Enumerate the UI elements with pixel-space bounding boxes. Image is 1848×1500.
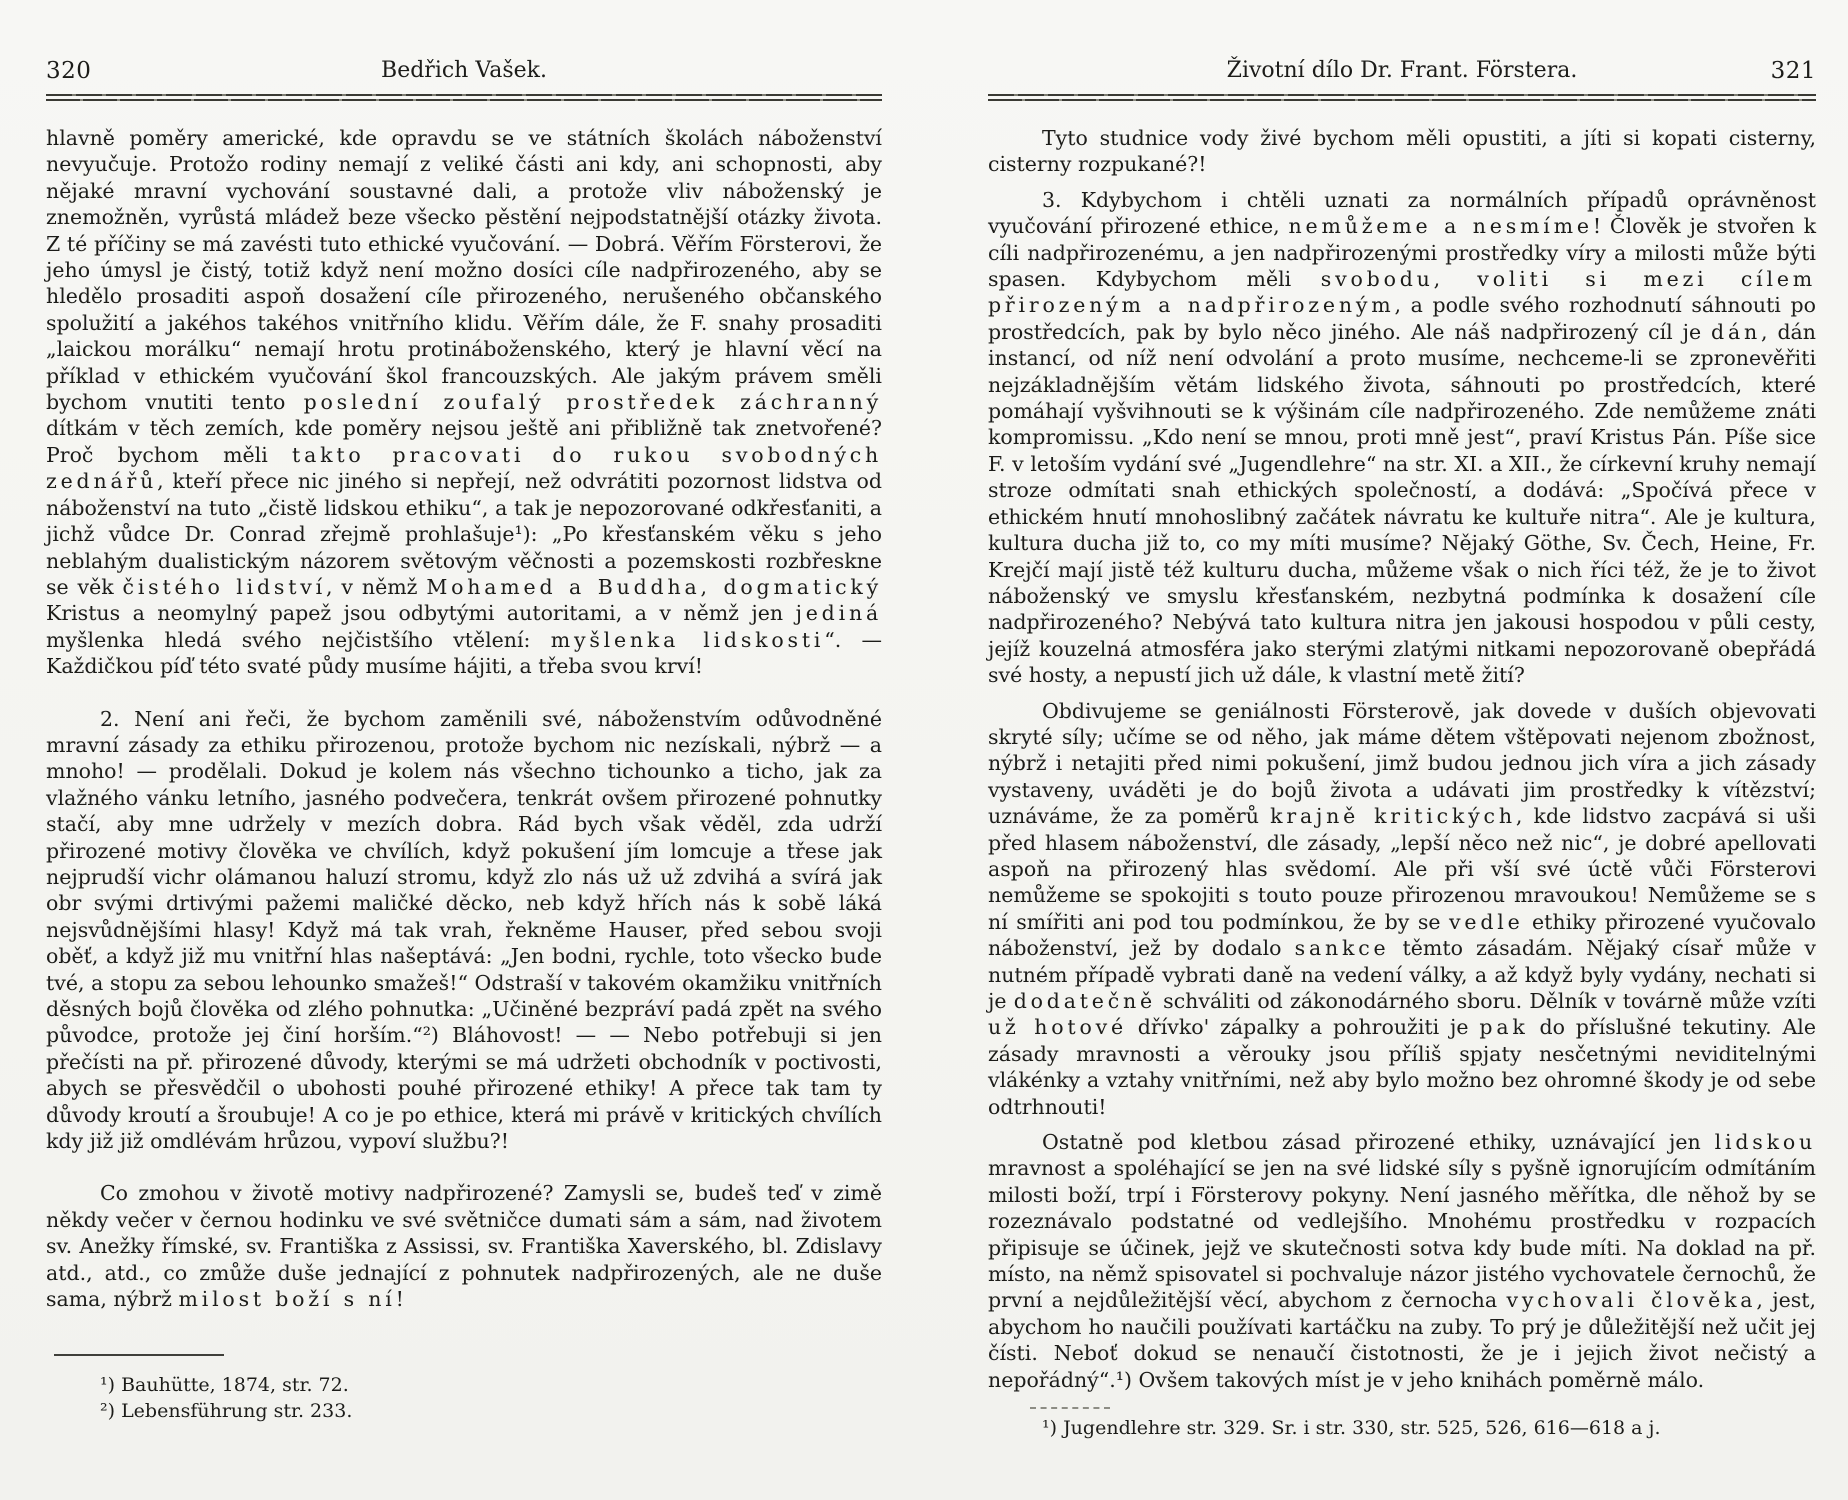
emphasized-text-segment: dán bbox=[1711, 320, 1761, 344]
text-segment: dřívko' zápalky a pohroužiti je bbox=[1127, 1015, 1479, 1039]
paragraph: 3. Kdybychom i chtěli uznati za normální… bbox=[988, 187, 1816, 689]
header-rule-left bbox=[46, 94, 882, 101]
emphasized-text-segment: krajně kritických bbox=[1270, 804, 1516, 828]
footnote-line: ²) Lebensführung str. 233. bbox=[46, 1398, 882, 1424]
text-segment: ! bbox=[396, 1287, 404, 1311]
text-segment: 2. Není ani řeči, že bychom zaměnili své… bbox=[46, 707, 882, 1154]
emphasized-text-segment: pak bbox=[1479, 1015, 1528, 1039]
footnotes-right: ¹) Jugendlehre str. 329. Sr. i str. 330,… bbox=[988, 1407, 1816, 1441]
footnotes-left: ¹) Bauhütte, 1874, str. 72. ²) Lebensfüh… bbox=[46, 1354, 882, 1424]
footnote-line: ¹) Bauhütte, 1874, str. 72. bbox=[46, 1372, 882, 1398]
paragraph: 2. Není ani řeči, že bychom zaměnili své… bbox=[46, 706, 882, 1155]
page-left: 320 Bedřich Vašek. hlavně poměry americk… bbox=[46, 58, 882, 1424]
text-segment: , v němž bbox=[326, 575, 426, 599]
emphasized-text-segment: už hotové bbox=[988, 1015, 1127, 1039]
emphasized-text-segment: myšlenka lidskosti bbox=[551, 628, 825, 652]
paragraph: hlavně poměry americké, kde opravdu se v… bbox=[46, 125, 882, 680]
book-spread: 320 Bedřich Vašek. hlavně poměry americk… bbox=[0, 0, 1848, 1500]
paragraph: Tyto studnice vody živé bychom měli opus… bbox=[988, 125, 1816, 178]
header-rule-right bbox=[988, 94, 1816, 101]
emphasized-text-segment: čistého lidství bbox=[123, 575, 326, 599]
footnote-separator-left bbox=[54, 1354, 224, 1356]
running-title-left: Bedřich Vašek. bbox=[46, 58, 882, 83]
emphasized-text-segment: poslední zoufalý prostředek záchranný bbox=[304, 390, 882, 414]
running-title-right: Životní dílo Dr. Frant. Förstera. bbox=[988, 58, 1816, 83]
footnote-line: ¹) Jugendlehre str. 329. Sr. i str. 330,… bbox=[988, 1415, 1816, 1441]
page-left-header: 320 Bedřich Vašek. bbox=[46, 58, 882, 90]
emphasized-text-segment: vychovali člověka bbox=[1506, 1288, 1756, 1312]
emphasized-text-segment: Mohamed a Buddha, dogmatický bbox=[426, 575, 882, 599]
emphasized-text-segment: vedle bbox=[1449, 910, 1524, 934]
text-segment: , dán instancí, od níž není odvolání a p… bbox=[988, 320, 1816, 687]
text-segment: Co zmohou v životě motivy nadpřirozené? … bbox=[46, 1181, 882, 1311]
text-segment: Kristus a neomylný papež jsou odbytými a… bbox=[46, 601, 796, 625]
paragraph: Co zmohou v životě motivy nadpřirozené? … bbox=[46, 1180, 882, 1312]
page-right-header: Životní dílo Dr. Frant. Förstera. 321 bbox=[988, 58, 1816, 90]
text-column-left: hlavně poměry americké, kde opravdu se v… bbox=[46, 125, 882, 1312]
text-segment: Ostatně pod kletbou zásad přirozené ethi… bbox=[1042, 1130, 1715, 1154]
page-number-right: 321 bbox=[1771, 58, 1816, 84]
emphasized-text-segment: jediná bbox=[796, 601, 882, 625]
footnote-separator-right bbox=[1030, 1407, 1110, 1409]
text-segment: schváliti od zákonodárného sboru. Dělník… bbox=[1156, 989, 1816, 1013]
text-segment: hlavně poměry americké, kde opravdu se v… bbox=[46, 126, 882, 414]
page-right: Životní dílo Dr. Frant. Förstera. 321 Ty… bbox=[988, 58, 1816, 1441]
emphasized-text-segment: sankce bbox=[1295, 936, 1390, 960]
paragraph: Ostatně pod kletbou zásad přirozené ethi… bbox=[988, 1129, 1816, 1393]
emphasized-text-segment: lidskou bbox=[1715, 1130, 1816, 1154]
emphasized-text-segment: dodatečně bbox=[1014, 989, 1156, 1013]
emphasized-text-segment: milost boží s ní bbox=[178, 1287, 395, 1311]
text-segment: myšlenka hledá svého nejčistšího vtělení… bbox=[46, 628, 551, 652]
emphasized-text-segment: nemůžeme a nesmíme bbox=[1289, 214, 1593, 238]
paragraph: Obdivujeme se geniálnosti Försterově, ja… bbox=[988, 698, 1816, 1121]
text-segment: Tyto studnice vody živé bychom měli opus… bbox=[988, 126, 1816, 176]
text-column-right: Tyto studnice vody živé bychom měli opus… bbox=[988, 125, 1816, 1393]
